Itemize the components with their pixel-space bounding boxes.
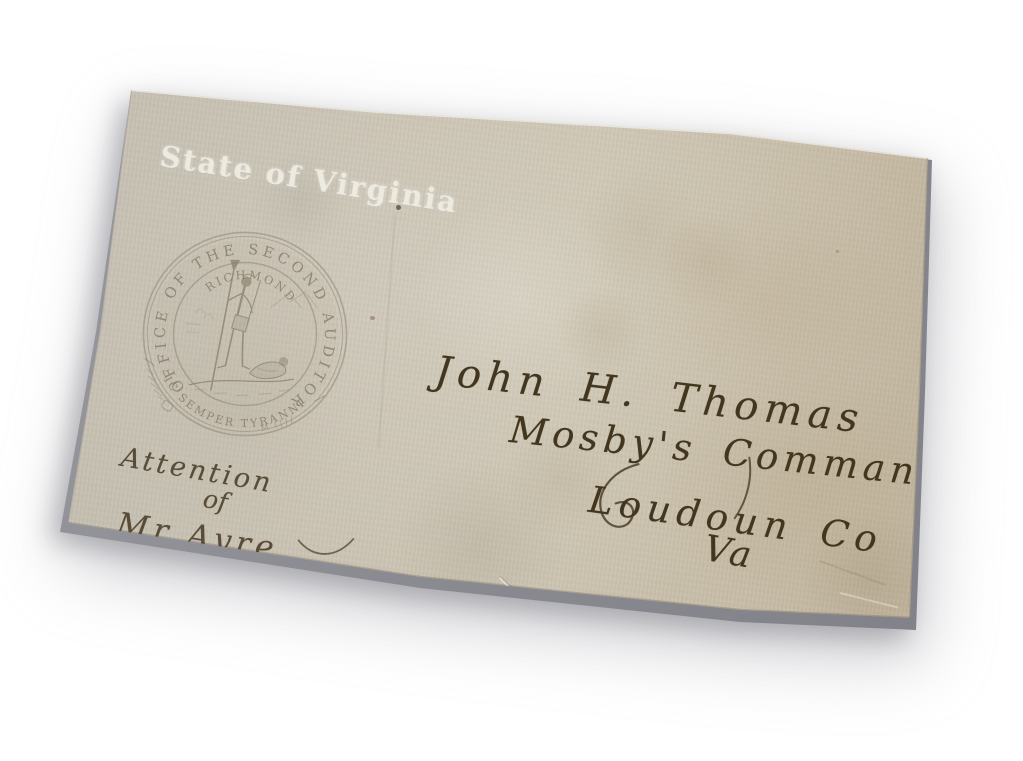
annotation-line-2: of — [201, 484, 230, 517]
state-seal: M OFFICE OF THE SECOND AUDITOR SIC SEMPE… — [115, 204, 375, 464]
seal-cartouche-mark — [161, 400, 174, 412]
address-line-4: Va — [701, 528, 758, 577]
ink-flourish — [581, 450, 674, 560]
rust-speck — [370, 316, 375, 320]
photo-background: State of Virginia — [0, 0, 1023, 761]
seal-background — [139, 228, 351, 440]
small-speck — [836, 250, 839, 253]
